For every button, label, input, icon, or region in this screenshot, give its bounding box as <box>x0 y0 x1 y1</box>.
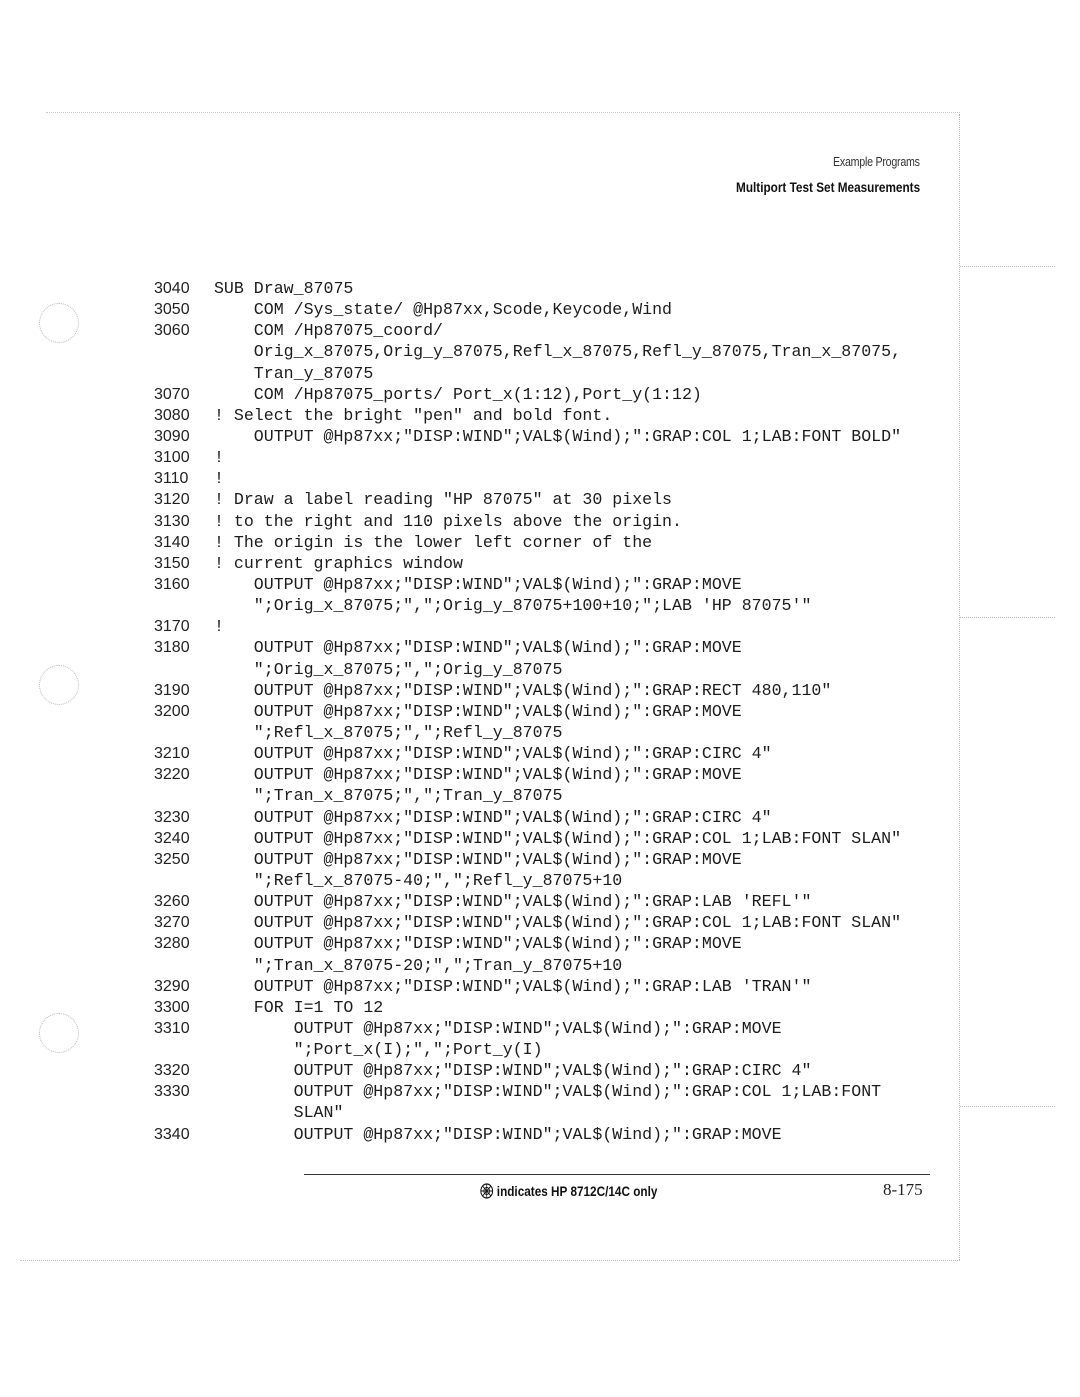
code-text: COM /Hp87075_ports/ Port_x(1:12),Port_y(… <box>204 384 702 405</box>
code-line: ";Orig_x_87075;",";Orig_y_87075+100+10;"… <box>154 595 901 616</box>
line-number: 3220 <box>154 764 204 785</box>
code-text: OUTPUT @Hp87xx;"DISP:WIND";VAL$(Wind);":… <box>204 1018 782 1039</box>
line-number: 3180 <box>154 637 204 658</box>
line-number <box>154 595 204 616</box>
page-number: 8-175 <box>883 1180 923 1200</box>
line-number: 3100 <box>154 447 204 468</box>
code-line: 3310 OUTPUT @Hp87xx;"DISP:WIND";VAL$(Win… <box>154 1018 901 1039</box>
line-number <box>154 870 204 891</box>
code-line: 3190 OUTPUT @Hp87xx;"DISP:WIND";VAL$(Win… <box>154 680 901 701</box>
footer-rule <box>304 1174 930 1175</box>
code-line: 3040 SUB Draw_87075 <box>154 278 901 299</box>
running-header-section: Example Programs <box>833 154 920 169</box>
line-number: 3160 <box>154 574 204 595</box>
code-line: SLAN" <box>154 1102 901 1123</box>
line-number: 3320 <box>154 1060 204 1081</box>
code-text: ! <box>204 468 224 489</box>
code-line: 3100 ! <box>154 447 901 468</box>
line-number <box>154 1039 204 1060</box>
code-text: ";Port_x(I);",";Port_y(I) <box>204 1039 543 1060</box>
code-text: ";Tran_x_87075-20;",";Tran_y_87075+10 <box>204 955 622 976</box>
code-line: 3150 ! current graphics window <box>154 553 901 574</box>
code-line: ";Tran_x_87075-20;",";Tran_y_87075+10 <box>154 955 901 976</box>
code-text: ! The origin is the lower left corner of… <box>204 532 652 553</box>
code-line: 3160 OUTPUT @Hp87xx;"DISP:WIND";VAL$(Win… <box>154 574 901 595</box>
line-number: 3230 <box>154 807 204 828</box>
code-line: Orig_x_87075,Orig_y_87075,Refl_x_87075,R… <box>154 341 901 362</box>
line-number <box>154 363 204 384</box>
line-number <box>154 955 204 976</box>
line-number: 3340 <box>154 1124 204 1145</box>
code-text: OUTPUT @Hp87xx;"DISP:WIND";VAL$(Wind);":… <box>204 637 742 658</box>
line-number: 3120 <box>154 489 204 510</box>
code-text: OUTPUT @Hp87xx;"DISP:WIND";VAL$(Wind);":… <box>204 849 742 870</box>
code-text: OUTPUT @Hp87xx;"DISP:WIND";VAL$(Wind);":… <box>204 701 742 722</box>
code-line: ";Refl_x_87075;",";Refl_y_87075 <box>154 722 901 743</box>
code-line: 3070 COM /Hp87075_ports/ Port_x(1:12),Po… <box>154 384 901 405</box>
hp-8712c-14c-only-icon <box>480 1183 493 1199</box>
footer-note: indicates HP 8712C/14C only <box>480 1183 657 1199</box>
code-line: 3240 OUTPUT @Hp87xx;"DISP:WIND";VAL$(Win… <box>154 828 901 849</box>
code-line: 3210 OUTPUT @Hp87xx;"DISP:WIND";VAL$(Win… <box>154 743 901 764</box>
code-text: OUTPUT @Hp87xx;"DISP:WIND";VAL$(Wind);":… <box>204 574 742 595</box>
code-line: 3300 FOR I=1 TO 12 <box>154 997 901 1018</box>
code-listing: 3040 SUB Draw_870753050 COM /Sys_state/ … <box>154 278 901 1145</box>
line-number: 3080 <box>154 405 204 426</box>
code-text: ";Orig_x_87075;",";Orig_y_87075+100+10;"… <box>204 595 811 616</box>
line-number: 3270 <box>154 912 204 933</box>
line-number: 3330 <box>154 1081 204 1102</box>
code-line: 3220 OUTPUT @Hp87xx;"DISP:WIND";VAL$(Win… <box>154 764 901 785</box>
code-line: 3120 ! Draw a label reading "HP 87075" a… <box>154 489 901 510</box>
code-line: 3230 OUTPUT @Hp87xx;"DISP:WIND";VAL$(Win… <box>154 807 901 828</box>
code-line: 3080 ! Select the bright "pen" and bold … <box>154 405 901 426</box>
line-number: 3070 <box>154 384 204 405</box>
code-line: ";Orig_x_87075;",";Orig_y_87075 <box>154 659 901 680</box>
code-line: 3340 OUTPUT @Hp87xx;"DISP:WIND";VAL$(Win… <box>154 1124 901 1145</box>
line-number: 3300 <box>154 997 204 1018</box>
code-text: OUTPUT @Hp87xx;"DISP:WIND";VAL$(Wind);":… <box>204 1081 881 1102</box>
line-number <box>154 722 204 743</box>
code-line: 3330 OUTPUT @Hp87xx;"DISP:WIND";VAL$(Win… <box>154 1081 901 1102</box>
footer-note-text: indicates HP 8712C/14C only <box>497 1183 658 1199</box>
code-text: OUTPUT @Hp87xx;"DISP:WIND";VAL$(Wind);":… <box>204 933 742 954</box>
line-number: 3170 <box>154 616 204 637</box>
line-number: 3140 <box>154 532 204 553</box>
line-number: 3210 <box>154 743 204 764</box>
code-line: 3290 OUTPUT @Hp87xx;"DISP:WIND";VAL$(Win… <box>154 976 901 997</box>
code-line: 3110 ! <box>154 468 901 489</box>
code-text: ! current graphics window <box>204 553 463 574</box>
code-line: 3180 OUTPUT @Hp87xx;"DISP:WIND";VAL$(Win… <box>154 637 901 658</box>
scan-edge-bottom <box>20 1260 960 1261</box>
code-text: ! <box>204 616 224 637</box>
code-text: ";Tran_x_87075;",";Tran_y_87075 <box>204 785 562 806</box>
code-text: OUTPUT @Hp87xx;"DISP:WIND";VAL$(Wind);":… <box>204 1060 811 1081</box>
code-text: OUTPUT @Hp87xx;"DISP:WIND";VAL$(Wind);":… <box>204 912 901 933</box>
code-text: OUTPUT @Hp87xx;"DISP:WIND";VAL$(Wind);":… <box>204 807 772 828</box>
line-number: 3250 <box>154 849 204 870</box>
code-text: COM /Sys_state/ @Hp87xx,Scode,Keycode,Wi… <box>204 299 672 320</box>
binder-hole-icon <box>39 1013 79 1053</box>
code-line: Tran_y_87075 <box>154 363 901 384</box>
line-number: 3050 <box>154 299 204 320</box>
line-number: 3150 <box>154 553 204 574</box>
code-text: OUTPUT @Hp87xx;"DISP:WIND";VAL$(Wind);":… <box>204 743 772 764</box>
code-line: ";Refl_x_87075-40;",";Refl_y_87075+10 <box>154 870 901 891</box>
code-line: 3280 OUTPUT @Hp87xx;"DISP:WIND";VAL$(Win… <box>154 933 901 954</box>
code-text: OUTPUT @Hp87xx;"DISP:WIND";VAL$(Wind);":… <box>204 764 742 785</box>
code-text: Orig_x_87075,Orig_y_87075,Refl_x_87075,R… <box>204 341 901 362</box>
scan-edge-top <box>46 112 960 113</box>
line-number: 3310 <box>154 1018 204 1039</box>
page-edge-right <box>959 114 960 1260</box>
code-line: ";Port_x(I);",";Port_y(I) <box>154 1039 901 1060</box>
code-text: COM /Hp87075_coord/ <box>204 320 443 341</box>
line-number: 3280 <box>154 933 204 954</box>
line-number: 3200 <box>154 701 204 722</box>
line-number <box>154 785 204 806</box>
code-text: ! to the right and 110 pixels above the … <box>204 511 682 532</box>
line-number <box>154 659 204 680</box>
code-text: OUTPUT @Hp87xx;"DISP:WIND";VAL$(Wind);":… <box>204 891 811 912</box>
code-line: 3050 COM /Sys_state/ @Hp87xx,Scode,Keyco… <box>154 299 901 320</box>
binder-hole-icon <box>39 303 79 343</box>
line-number: 3260 <box>154 891 204 912</box>
code-text: ! Draw a label reading "HP 87075" at 30 … <box>204 489 672 510</box>
code-line: 3200 OUTPUT @Hp87xx;"DISP:WIND";VAL$(Win… <box>154 701 901 722</box>
code-line: ";Tran_x_87075;",";Tran_y_87075 <box>154 785 901 806</box>
tab-divider-mark <box>960 1106 1055 1107</box>
line-number: 3290 <box>154 976 204 997</box>
line-number: 3240 <box>154 828 204 849</box>
code-line: 3130 ! to the right and 110 pixels above… <box>154 511 901 532</box>
tab-divider-mark <box>960 266 1055 267</box>
code-text: OUTPUT @Hp87xx;"DISP:WIND";VAL$(Wind);":… <box>204 1124 782 1145</box>
code-line: 3250 OUTPUT @Hp87xx;"DISP:WIND";VAL$(Win… <box>154 849 901 870</box>
line-number <box>154 341 204 362</box>
line-number <box>154 1102 204 1123</box>
code-text: SUB Draw_87075 <box>204 278 353 299</box>
code-text: ";Orig_x_87075;",";Orig_y_87075 <box>204 659 562 680</box>
code-text: SLAN" <box>204 1102 343 1123</box>
code-text: ";Refl_x_87075-40;",";Refl_y_87075+10 <box>204 870 622 891</box>
code-line: 3090 OUTPUT @Hp87xx;"DISP:WIND";VAL$(Win… <box>154 426 901 447</box>
code-line: 3270 OUTPUT @Hp87xx;"DISP:WIND";VAL$(Win… <box>154 912 901 933</box>
code-text: ! <box>204 447 224 468</box>
code-text: OUTPUT @Hp87xx;"DISP:WIND";VAL$(Wind);":… <box>204 426 901 447</box>
code-text: Tran_y_87075 <box>204 363 373 384</box>
code-line: 3060 COM /Hp87075_coord/ <box>154 320 901 341</box>
code-line: 3140 ! The origin is the lower left corn… <box>154 532 901 553</box>
tab-divider-mark <box>960 617 1055 618</box>
code-text: ";Refl_x_87075;",";Refl_y_87075 <box>204 722 562 743</box>
code-text: FOR I=1 TO 12 <box>204 997 383 1018</box>
code-text: OUTPUT @Hp87xx;"DISP:WIND";VAL$(Wind);":… <box>204 976 811 997</box>
line-number: 3130 <box>154 511 204 532</box>
line-number: 3110 <box>154 468 204 489</box>
code-text: OUTPUT @Hp87xx;"DISP:WIND";VAL$(Wind);":… <box>204 828 901 849</box>
code-text: OUTPUT @Hp87xx;"DISP:WIND";VAL$(Wind);":… <box>204 680 831 701</box>
binder-hole-icon <box>39 665 79 705</box>
line-number: 3060 <box>154 320 204 341</box>
code-line: 3320 OUTPUT @Hp87xx;"DISP:WIND";VAL$(Win… <box>154 1060 901 1081</box>
code-text: ! Select the bright "pen" and bold font. <box>204 405 612 426</box>
line-number: 3090 <box>154 426 204 447</box>
code-line: 3170 ! <box>154 616 901 637</box>
code-line: 3260 OUTPUT @Hp87xx;"DISP:WIND";VAL$(Win… <box>154 891 901 912</box>
running-header-chapter: Multiport Test Set Measurements <box>736 179 920 195</box>
line-number: 3190 <box>154 680 204 701</box>
line-number: 3040 <box>154 278 204 299</box>
